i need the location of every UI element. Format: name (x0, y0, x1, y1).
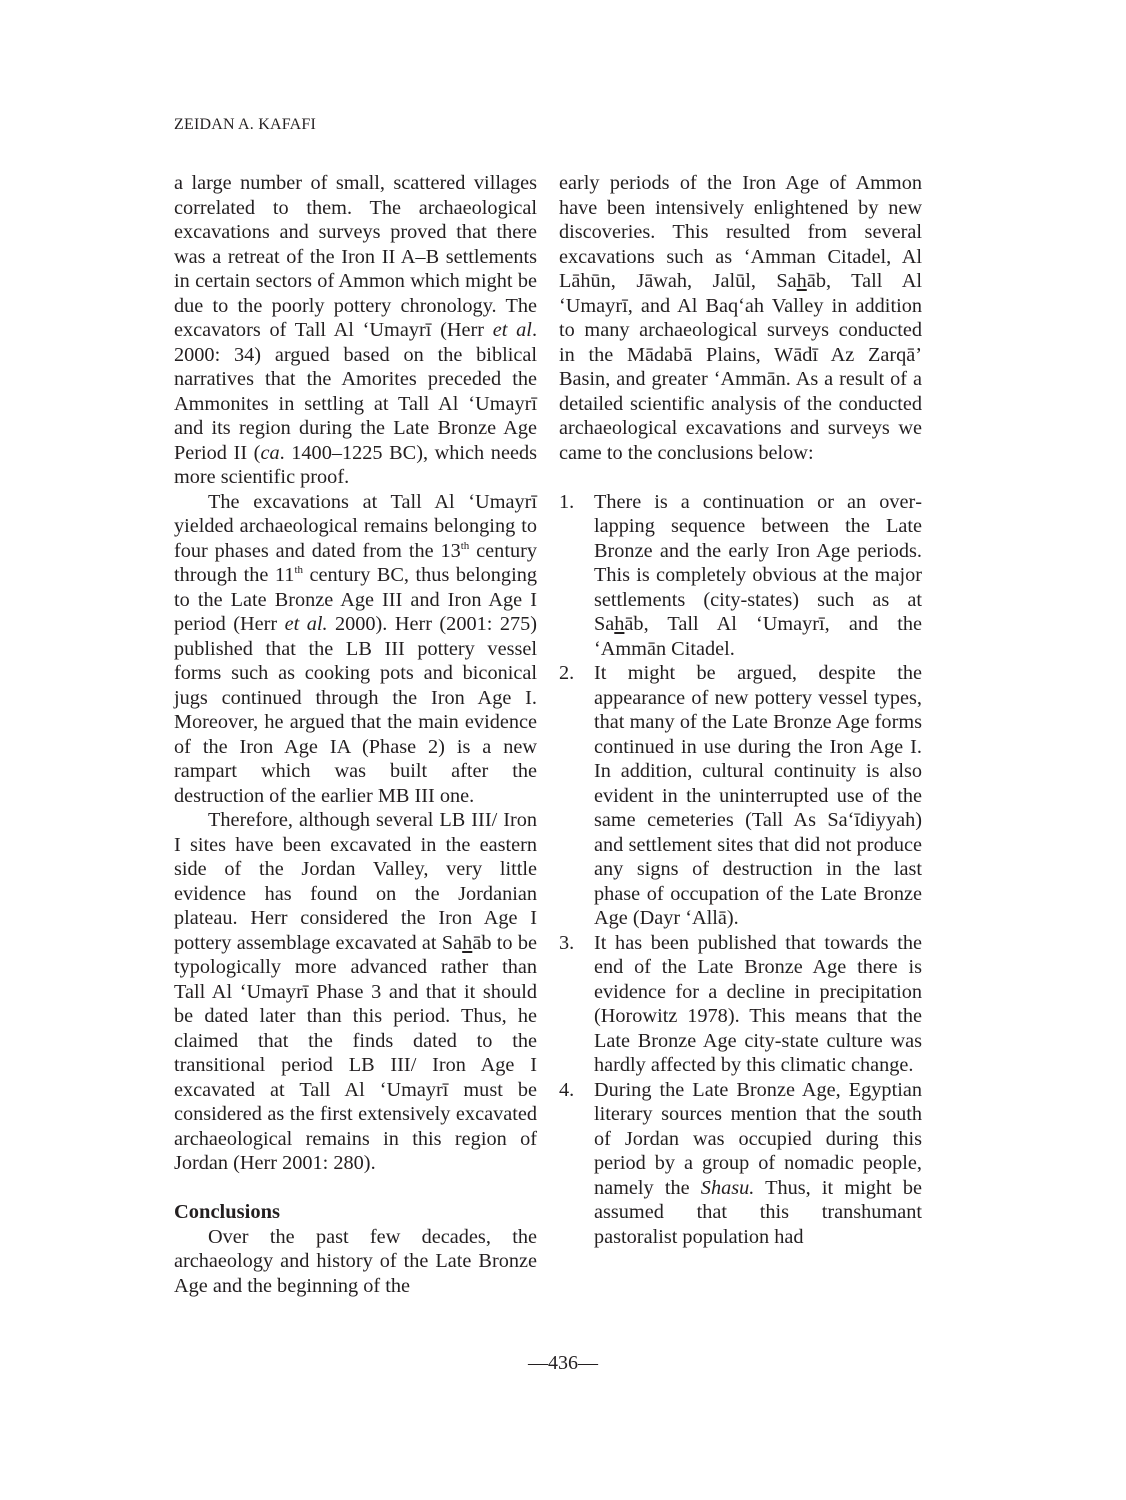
list-item: 2.It might be argued, despite the appear… (559, 661, 922, 931)
list-item: 3.It has been published that towards the… (559, 931, 922, 1078)
paragraph: Therefore, although several LB III/ Iron… (174, 808, 537, 1176)
text-run: 2000). Herr (2001: 275) published that t… (174, 613, 537, 807)
text-run: āb, Tall Al ‘Umayrī, and Al Baq‘ah Valle… (559, 270, 922, 464)
italic-text: et al (493, 319, 532, 341)
superscript: th (294, 564, 303, 576)
list-number: 1. (559, 490, 574, 515)
text-run: āb, Tall Al ‘Umayrī, and the ‘Ammān Cita… (594, 613, 922, 660)
list-item: 4.During the Late Bronze Age, Egyp­tian … (559, 1078, 922, 1250)
underlined-letter: h (797, 270, 807, 292)
section-heading-conclusions: Conclusions (174, 1200, 537, 1225)
list-number: 3. (559, 931, 574, 956)
running-head-author: ZEIDAN A. KAFAFI (174, 116, 316, 134)
list-number: 4. (559, 1078, 574, 1103)
underlined-letter: h (462, 932, 472, 954)
italic-text: ca (260, 442, 279, 464)
text-run: a large number of small, scattered villa… (174, 172, 537, 341)
underlined-letter: h (614, 613, 624, 635)
right-column: early periods of the Iron Age of Ammon h… (559, 171, 922, 1249)
italic-text: et al. (285, 613, 328, 635)
paragraph: Over the past few decades, the archaeolo… (174, 1225, 537, 1299)
conclusions-list: 1.There is a continuation or an over­lap… (559, 490, 922, 1250)
list-number: 2. (559, 661, 574, 686)
text-run: It might be argued, despite the appearan… (594, 662, 922, 929)
text-run: It has been published that towards the e… (594, 932, 922, 1077)
paragraph: early periods of the Iron Age of Ammon h… (559, 171, 922, 465)
page-number: —436— (0, 1352, 1126, 1375)
paragraph: The excavations at Tall Al ‘Umayrī yield… (174, 490, 537, 809)
left-column: a large number of small, scattered villa… (174, 171, 537, 1298)
text-run: āb to be typologically more advanced rat… (174, 932, 537, 1175)
italic-text: Shasu. (701, 1177, 755, 1199)
paragraph: a large number of small, scattered villa… (174, 171, 537, 490)
list-item: 1.There is a continuation or an over­lap… (559, 490, 922, 662)
